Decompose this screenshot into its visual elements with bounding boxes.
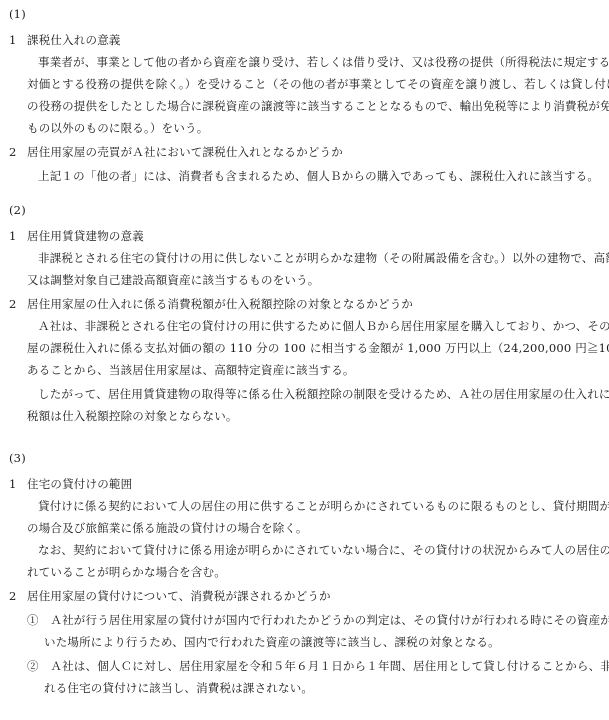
- heading-number: 1: [9, 228, 27, 244]
- heading-2-1: 1居住用賃貸建物の意義: [9, 228, 144, 244]
- paragraph-line: 貸付けに係る契約において人の居住の用に供することが明らかにされているものに限るも…: [38, 498, 609, 514]
- paragraph-line: 上記１の「他の者」には、消費者も含まれるため、個人Ｂからの購入であっても、課税仕…: [38, 168, 599, 184]
- heading-number: 2: [9, 296, 27, 312]
- heading-title: 居住用賃貸建物の意義: [27, 229, 144, 243]
- heading-3-1: 1住宅の貸付けの範囲: [9, 476, 132, 492]
- paragraph-line: の役務の提供をしたとした場合に課税資産の譲渡等に該当することとなるもので、輸出免…: [27, 98, 609, 114]
- heading-number: 2: [9, 144, 27, 160]
- list-item-2-cont: れる住宅の貸付けに該当し、消費税は課されない。: [44, 680, 313, 696]
- heading-2-2: 2居住用家屋の仕入れに係る消費税額が仕入税額控除の対象となるかどうか: [9, 296, 413, 312]
- paragraph-line: 又は調整対象自己建設高額資産に該当するものをいう。: [27, 272, 320, 288]
- section-label-3: (3): [9, 450, 26, 466]
- section-label-2: (2): [9, 202, 26, 218]
- paragraph-line: 税額は仕入税額控除の対象とならない。: [27, 408, 238, 424]
- section-label-1: (1): [9, 6, 26, 22]
- list-item-1: ① Ａ社が行う居住用家屋の貸付けが国内で行われたかどうかの判定は、その貸付けが行…: [27, 612, 609, 628]
- heading-title: 住宅の貸付けの範囲: [27, 477, 132, 491]
- paragraph-line: の場合及び旅館業に係る施設の貸付けの場合を除く。: [27, 520, 308, 536]
- heading-number: 1: [9, 476, 27, 492]
- heading-title: 居住用家屋の売買がＡ社において課税仕入れとなるかどうか: [27, 145, 343, 159]
- paragraph-line: 事業者が、事業として他の者から資産を譲り受け、若しくは借り受け、又は役務の提供（…: [38, 54, 609, 70]
- paragraph-line: もの以外のものに限る。）をいう。: [27, 120, 208, 136]
- heading-1-1: 1課税仕入れの意義: [9, 32, 121, 48]
- list-item-1-cont: いた場所により行うため、国内で行われた資産の譲渡等に該当し、課税の対象となる。: [44, 634, 500, 650]
- paragraph-line: 屋の課税仕入れに係る支払対価の額の 110 分の 100 に相当する金額が 1,…: [27, 340, 609, 356]
- paragraph-line: 対価とする役務の提供を除く。）を受けること（その他の者が事業としてその資産を譲り…: [27, 76, 609, 92]
- heading-number: 1: [9, 32, 27, 48]
- paragraph-line: 非課税とされる住宅の貸付けの用に供しないことが明らかな建物（その附属設備を含む。…: [38, 250, 609, 266]
- heading-number: 2: [9, 588, 27, 604]
- paragraph-line: なお、契約において貸付けに係る用途が明らかにされていない場合に、その貸付けの状況…: [38, 542, 609, 558]
- heading-title: 居住用家屋の貸付けについて、消費税が課されるかどうか: [27, 589, 331, 603]
- heading-3-2: 2居住用家屋の貸付けについて、消費税が課されるかどうか: [9, 588, 331, 604]
- heading-title: 居住用家屋の仕入れに係る消費税額が仕入税額控除の対象となるかどうか: [27, 297, 413, 311]
- list-item-2: ② Ａ社は、個人Ｃに対し、居住用家屋を令和５年６月１日から１年間、居住用として貸…: [27, 658, 609, 674]
- heading-title: 課税仕入れの意義: [27, 33, 121, 47]
- paragraph-line: れていることが明らかな場合を含む。: [27, 564, 226, 580]
- paragraph-line: したがって、居住用賃貸建物の取得等に係る仕入税額控除の制限を受けるため、Ａ社の居…: [38, 386, 609, 402]
- paragraph-line: あることから、当該居住用家屋は、高額特定資産に該当する。: [27, 362, 355, 378]
- heading-1-2: 2居住用家屋の売買がＡ社において課税仕入れとなるかどうか: [9, 144, 343, 160]
- paragraph-line: Ａ社は、非課税とされる住宅の貸付けの用に供するために個人Ｂから居住用家屋を購入し…: [38, 318, 609, 334]
